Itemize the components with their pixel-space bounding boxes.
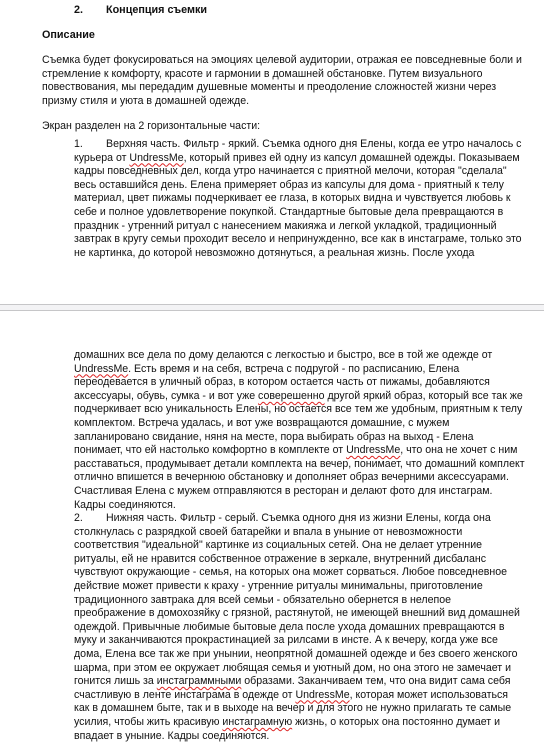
- text-segment: . Есть время и на себя, встреча с подруг…: [128, 363, 459, 375]
- text-line: праздник - утренний ритуал с нанесением …: [74, 220, 522, 234]
- list-item-1-part-a: 1.Верхняя часть. Фильтр - яркий. Съемка …: [74, 138, 522, 260]
- text-line: домашних все дела по дому делаются с лег…: [74, 349, 525, 363]
- spellcheck-word: UndressMe: [346, 444, 400, 456]
- text-line: кадры повседневных дел, когда утро начин…: [74, 165, 522, 179]
- text-segment: счастливую в ленте инстаграма в одежде о…: [74, 689, 295, 701]
- text-line: запланировано свидание, няня на месте, п…: [74, 431, 525, 445]
- text-line: аксессуары, обувь, сумка - и вот уже сов…: [74, 390, 525, 404]
- text-line: соответствия "идеальной" картинке из соц…: [74, 539, 520, 553]
- text-line: счастливую в ленте инстаграма в одежде о…: [74, 689, 520, 703]
- text-line: UndressMe. Есть время и на себя, встреча…: [74, 363, 525, 377]
- text-segment: курьера от: [74, 152, 129, 164]
- spellcheck-word: соверешенно: [258, 390, 324, 402]
- spellcheck-word: UndressMe: [295, 689, 349, 701]
- text-line: стремление к комфорту, красоте и гармони…: [42, 68, 522, 82]
- document-page-2: домашних все дела по дому делаются с лег…: [0, 311, 544, 753]
- text-line: чувствуют окружающие - семья, на которых…: [74, 566, 520, 580]
- text-segment: другой яркий образ, который все так же: [325, 390, 523, 402]
- text-line: Кадры соединяются.: [74, 499, 525, 513]
- text-line: подчеркивает всю уникальность Елены, но …: [74, 403, 525, 417]
- text-line: весь оставшийся день. Елена примеряет об…: [74, 179, 522, 193]
- split-intro: Экран разделен на 2 горизонтальные части…: [42, 120, 260, 134]
- text-line: не картинка, до которой невозможно дотян…: [74, 247, 522, 261]
- text-segment: образами. Заканчиваем тем, что она видит…: [241, 675, 510, 687]
- text-line: одеждой. Привычные любимые бытовые дела …: [74, 621, 520, 635]
- text-segment: гонится лишь за: [74, 675, 157, 687]
- text-line: традиционного завтрака для всей семьи - …: [74, 594, 520, 608]
- text-segment: жизнь, о которых она постоянно думает и: [292, 716, 500, 728]
- text-line: впадает в уныние. Кадры соединяются.: [74, 730, 520, 744]
- text-line: курьера от UndressMe, который привез ей …: [74, 152, 522, 166]
- text-line: призму стиля и уюта в домашней одежде.: [42, 95, 522, 109]
- text-line: действие может привести к краху - утренн…: [74, 580, 520, 594]
- section-title: Концепция съемки: [106, 4, 207, 16]
- text-segment: , что она не хочет с ним: [400, 444, 517, 456]
- list-number: 1.: [74, 138, 106, 152]
- spellcheck-word: UndressMe: [74, 363, 128, 375]
- text-line: гонится лишь за инстаграммными образами.…: [74, 675, 520, 689]
- text-segment: усилия, чтобы жить красивую: [74, 716, 222, 728]
- text-line: преображение в домохозяйку с грязной, ра…: [74, 607, 520, 621]
- section-number: 2.: [74, 4, 106, 16]
- text-line: Съемка будет фокусироваться на эмоциях ц…: [42, 54, 522, 68]
- text-line: отлично впишется в вечернюю обстановку и…: [74, 471, 525, 485]
- text-line: дома, Елена все так же при унынии, неопр…: [74, 648, 520, 662]
- text-line: усилия, чтобы жить красивую инстаграмную…: [74, 716, 520, 730]
- page-break: [0, 304, 544, 311]
- text-line: шарма, при этом ее окружает любящая семь…: [74, 662, 520, 676]
- list-item-1-part-b: домашних все дела по дому делаются с лег…: [74, 349, 525, 512]
- text-line: комплектом. Встреча удалась, и вот уже в…: [74, 417, 525, 431]
- text-line: как в домашнем быте, так и в выходе на в…: [74, 702, 520, 716]
- spellcheck-word: инстаграмную: [222, 716, 292, 728]
- text-line: муку и заканчиваются прокрастинацией за …: [74, 634, 520, 648]
- text-line: расставаться, продумывает детали комплек…: [74, 458, 525, 472]
- section-heading: 2.Концепция съемки: [74, 4, 207, 16]
- text-line: себе и полное удовлетворение покупкой. С…: [74, 206, 522, 220]
- document-page-1: 2.Концепция съемки Описание Съемка будет…: [0, 0, 544, 304]
- text-line: материал, цвет пижамы подчеркивает ее гл…: [74, 192, 522, 206]
- list-item-2: 2.Нижняя часть. Фильтр - серый. Съемка о…: [74, 512, 520, 743]
- text-segment: аксессуары, обувь, сумка - и вот уже: [74, 390, 258, 402]
- text-line: Счастливая Елена с мужем отправляются в …: [74, 485, 525, 499]
- text-line: 2.Нижняя часть. Фильтр - серый. Съемка о…: [74, 512, 520, 526]
- subheading-description: Описание: [42, 29, 95, 41]
- text-line: столкнулась с разрядкой своей батарейки …: [74, 526, 520, 540]
- text-line: повествования, мы передадим душевные мом…: [42, 81, 522, 95]
- text-segment: , которая может использоваться: [350, 689, 508, 701]
- list-number: 2.: [74, 512, 106, 526]
- text-line: 1.Верхняя часть. Фильтр - яркий. Съемка …: [74, 138, 522, 152]
- text-line: понимает, что ей настолько комфортно в к…: [74, 444, 525, 458]
- text-line: ритуалы, ей не нравится собственное отра…: [74, 553, 520, 567]
- text-line: переодевается в уличный образ, в котором…: [74, 376, 525, 390]
- text-line: завтрак в кругу семьи проходит весело и …: [74, 233, 522, 247]
- text-segment: , который привез ей одну из капсул домаш…: [184, 152, 520, 164]
- text-segment: понимает, что ей настолько комфортно в к…: [74, 444, 346, 456]
- intro-paragraph: Съемка будет фокусироваться на эмоциях ц…: [42, 54, 522, 108]
- spellcheck-word: UndressMe: [129, 152, 183, 164]
- spellcheck-word: инстаграммными: [157, 675, 242, 687]
